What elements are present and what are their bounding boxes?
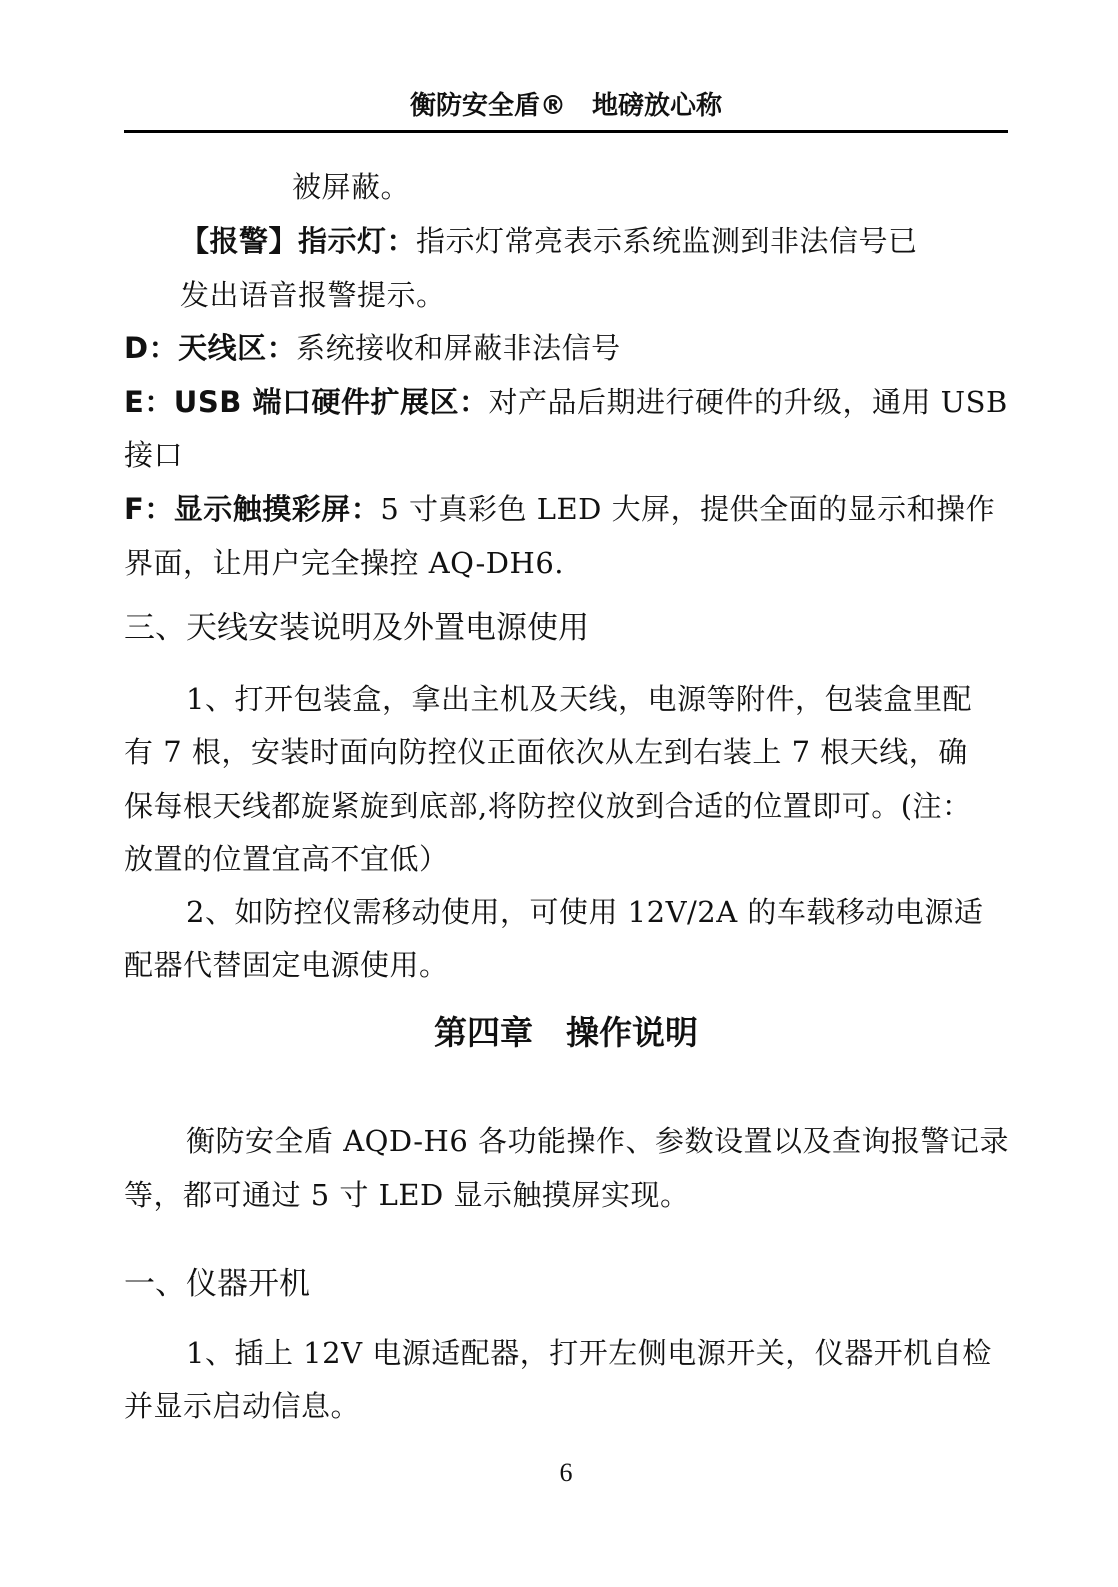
- document-page: 衡防安全盾® 地磅放心称 被屏蔽。 【报警】指示灯：指示灯常亮表示系统监测到非法…: [0, 0, 1118, 1587]
- paragraph-line: 有 7 根，安装时面向防控仪正面依次从左到右装上 7 根天线，确: [124, 733, 1008, 771]
- text-line: 界面，让用户完全操控 AQ-DH6.: [124, 544, 1008, 582]
- item-f: F：显示触摸彩屏：5 寸真彩色 LED 大屏，提供全面的显示和操作: [124, 490, 1008, 528]
- paragraph-line: 1、打开包装盒，拿出主机及天线，电源等附件，包装盒里配: [124, 680, 1008, 718]
- text-line: 接口: [124, 436, 1008, 474]
- paragraph-line: 衡防安全盾 AQD-H6 各功能操作、参数设置以及查询报警记录: [124, 1122, 1008, 1160]
- item-d-desc: 系统接收和屏蔽非法信号: [296, 331, 621, 365]
- paragraph-line: 配器代替固定电源使用。: [124, 946, 1008, 984]
- paragraph-line: 2、如防控仪需移动使用，可使用 12V/2A 的车载移动电源适: [124, 893, 1008, 931]
- running-header: 衡防安全盾® 地磅放心称: [124, 88, 1008, 124]
- section-heading: 一、仪器开机: [124, 1264, 310, 1304]
- paragraph-line: 1、插上 12V 电源适配器，打开左侧电源开关，仪器开机自检: [124, 1334, 1008, 1372]
- item-e: E：USB 端口硬件扩展区：对产品后期进行硬件的升级，通用 USB: [124, 383, 1008, 421]
- chapter-title: 第四章 操作说明: [124, 1012, 1008, 1054]
- item-e-label: E：USB 端口硬件扩展区：: [124, 385, 488, 419]
- paragraph-line: 保每根天线都旋紧旋到底部,将防控仪放到合适的位置即可。(注：: [124, 787, 1008, 825]
- alarm-indicator-line: 【报警】指示灯：指示灯常亮表示系统监测到非法信号已: [124, 222, 1008, 260]
- paragraph-line: 等，都可通过 5 寸 LED 显示触摸屏实现。: [124, 1176, 1008, 1214]
- item-f-desc: 5 寸真彩色 LED 大屏，提供全面的显示和操作: [380, 492, 995, 526]
- page-number: 6: [124, 1458, 1008, 1488]
- text-line: 被屏蔽。: [124, 168, 1008, 206]
- text-line: 发出语音报警提示。: [124, 276, 1008, 314]
- item-e-desc: 对产品后期进行硬件的升级，通用 USB: [488, 385, 1007, 419]
- item-d: D：天线区：系统接收和屏蔽非法信号: [124, 329, 1008, 367]
- paragraph-line: 放置的位置宜高不宜低）: [124, 840, 1008, 878]
- alarm-desc: 指示灯常亮表示系统监测到非法信号已: [416, 224, 918, 258]
- item-f-label: F：显示触摸彩屏：: [124, 492, 380, 526]
- section-heading: 三、天线安装说明及外置电源使用: [124, 608, 589, 648]
- item-d-label: D：天线区：: [124, 331, 296, 365]
- alarm-label: 【报警】指示灯：: [180, 224, 416, 258]
- paragraph-line: 并显示启动信息。: [124, 1387, 1008, 1425]
- header-rule: [124, 130, 1008, 133]
